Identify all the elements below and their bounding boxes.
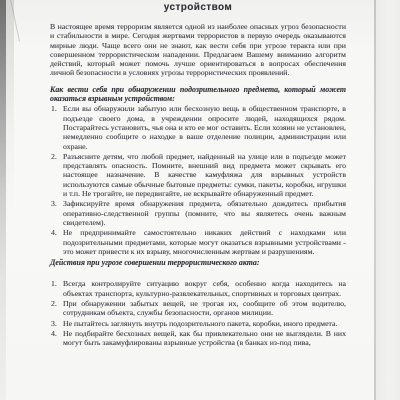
numbered-list-terror-threat: 1. Всегда контролируйте ситуацию вокруг …	[50, 279, 346, 347]
list-item-text: Всегда контролируйте ситуацию вокруг себ…	[63, 279, 346, 297]
list-item: 3. Зафиксируйте время обнаружения предме…	[50, 199, 346, 227]
list-item-text: При обнаружении забытых вещей, не трогая…	[63, 299, 346, 317]
numbered-list-suspicious-object: 1. Если вы обнаружили забытую или бесхоз…	[50, 104, 346, 256]
list-item-number: 4.	[51, 228, 57, 237]
list-item: 1. Если вы обнаружили забытую или бесхоз…	[50, 104, 346, 150]
list-item: 4. Не подбирайте бесхозных вещей, как бы…	[50, 329, 346, 348]
list-item-text: Не подбирайте бесхозных вещей, как бы пр…	[63, 329, 346, 347]
list-item: 3. Не пытайтесь заглянуть внутрь подозри…	[50, 319, 346, 328]
section-heading-terror-threat: Действия при угрозе совершении террорист…	[50, 258, 346, 267]
intro-paragraph: В настоящее время терроризм является одн…	[50, 22, 346, 78]
list-item: 2. При обнаружении забытых вещей, не тро…	[50, 299, 346, 318]
section-heading-suspicious-object: Как вести себя при обнаружении подозрите…	[50, 85, 346, 104]
list-item-number: 3.	[51, 319, 57, 328]
list-item-text: Зафиксируйте время обнаружения предмета,…	[63, 199, 346, 227]
list-item-text: Не предпринимайте самостоятельно никаких…	[63, 228, 346, 256]
list-item-number: 1.	[51, 104, 57, 113]
list-item-text: Разъясните детям, что любой предмет, най…	[63, 152, 346, 198]
list-item-text: Не пытайтесь заглянуть внутрь подозрител…	[63, 319, 337, 328]
scan-right-edge-band	[376, 0, 400, 400]
list-item-number: 3.	[51, 199, 57, 208]
list-item: 2. Разъясните детям, что любой предмет, …	[50, 152, 346, 198]
scanned-document: устройством В настоящее время терроризм …	[0, 0, 400, 400]
list-item: 4. Не предпринимайте самостоятельно ника…	[50, 228, 346, 256]
list-item-number: 4.	[51, 329, 57, 338]
list-item-number: 2.	[51, 299, 57, 308]
list-item-number: 2.	[51, 152, 57, 161]
document-page: устройством В настоящее время терроризм …	[50, 2, 346, 349]
list-item-number: 1.	[51, 279, 57, 288]
scan-left-edge-soft-shadow	[6, 0, 14, 220]
list-item-text: Если вы обнаружили забытую или бесхозную…	[63, 104, 346, 150]
list-item: 1. Всегда контролируйте ситуацию вокруг …	[50, 279, 346, 298]
page-title: устройством	[50, 2, 346, 14]
